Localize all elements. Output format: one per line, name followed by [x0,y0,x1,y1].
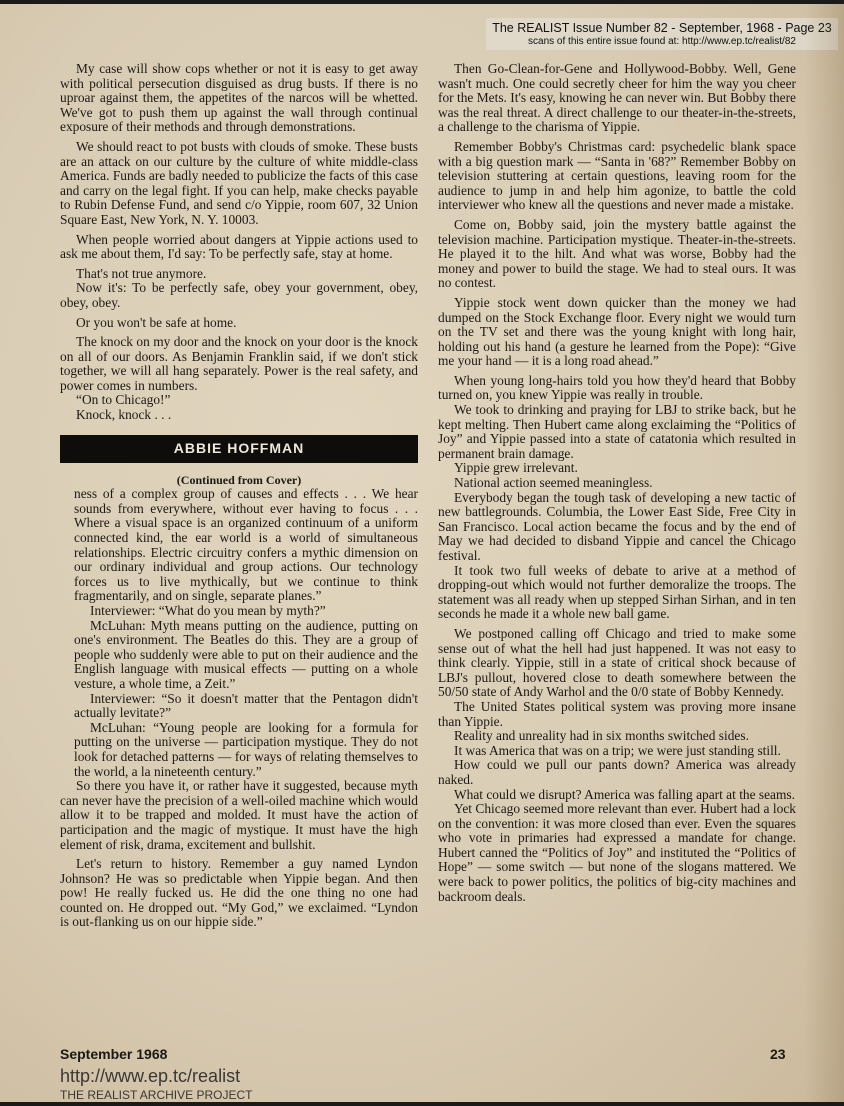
paragraph: How could we pull our pants down? Americ… [438,758,796,787]
right-column: Then Go-Clean-for-Gene and Hollywood-Bob… [438,62,796,904]
paragraph: Knock, knock . . . [60,408,418,423]
paragraph: Interviewer: “What do you mean by myth?” [60,604,418,619]
paragraph: Or you won't be safe at home. [60,316,418,331]
author-byline-bar: ABBIE HOFFMAN [60,435,418,463]
paragraph: Interviewer: “So it doesn't matter that … [60,692,418,721]
paragraph: We took to drinking and praying for LBJ … [438,403,796,461]
left-column: My case will show cops whether or not it… [60,62,418,930]
paragraph: Now it's: To be perfectly safe, obey you… [60,281,418,310]
paragraph: It took two full weeks of debate to ariv… [438,564,796,622]
paragraph: My case will show cops whether or not it… [60,62,418,135]
paragraph: The United States political system was p… [438,700,796,729]
archive-banner: The REALIST Issue Number 82 - September,… [486,18,838,50]
archive-project-name: THE REALIST ARCHIVE PROJECT [60,1088,253,1102]
paragraph: Let's return to history. Remember a guy … [60,857,418,930]
paragraph: Yippie grew irrelevant. [438,461,796,476]
paragraph: We postponed calling off Chicago and tri… [438,627,796,700]
paragraph: The knock on my door and the knock on yo… [60,335,418,393]
banner-subtitle: scans of this entire issue found at: htt… [486,36,838,48]
issue-date: September 1968 [60,1046,167,1062]
continued-note: (Continued from Cover) [60,473,418,488]
paragraph: So there you have it, or rather have it … [60,779,418,852]
magazine-page: The REALIST Issue Number 82 - September,… [0,4,844,1102]
page-number: 23 [770,1046,786,1062]
mcluhan-inset: ness of a complex group of causes and ef… [60,487,418,779]
paragraph: Yippie stock went down quicker than the … [438,296,796,369]
paragraph: McLuhan: “Young people are looking for a… [60,721,418,779]
paragraph: Come on, Bobby said, join the mystery ba… [438,218,796,291]
paragraph: Reality and unreality had in six months … [438,729,796,744]
paragraph: What could we disrupt? America was falli… [438,788,796,803]
paragraph: National action seemed meaningless. [438,476,796,491]
paragraph: Yet Chicago seemed more relevant than ev… [438,802,796,904]
paragraph: Everybody began the tough task of develo… [438,491,796,564]
paragraph: We should react to pot busts with clouds… [60,140,418,228]
paragraph: That's not true anymore. [60,267,418,282]
paragraph: McLuhan: Myth means putting on the audie… [60,619,418,692]
archive-url-link[interactable]: http://www.ep.tc/realist [60,1066,240,1087]
paragraph: ness of a complex group of causes and ef… [60,487,418,604]
banner-title: The REALIST Issue Number 82 - September,… [486,20,838,36]
paragraph: When people worried about dangers at Yip… [60,233,418,262]
paragraph: It was America that was on a trip; we we… [438,744,796,759]
paragraph: Then Go-Clean-for-Gene and Hollywood-Bob… [438,62,796,135]
paragraph: Remember Bobby's Christmas card: psyched… [438,140,796,213]
paragraph: “On to Chicago!” [60,393,418,408]
paragraph: When young long-hairs told you how they'… [438,374,796,403]
